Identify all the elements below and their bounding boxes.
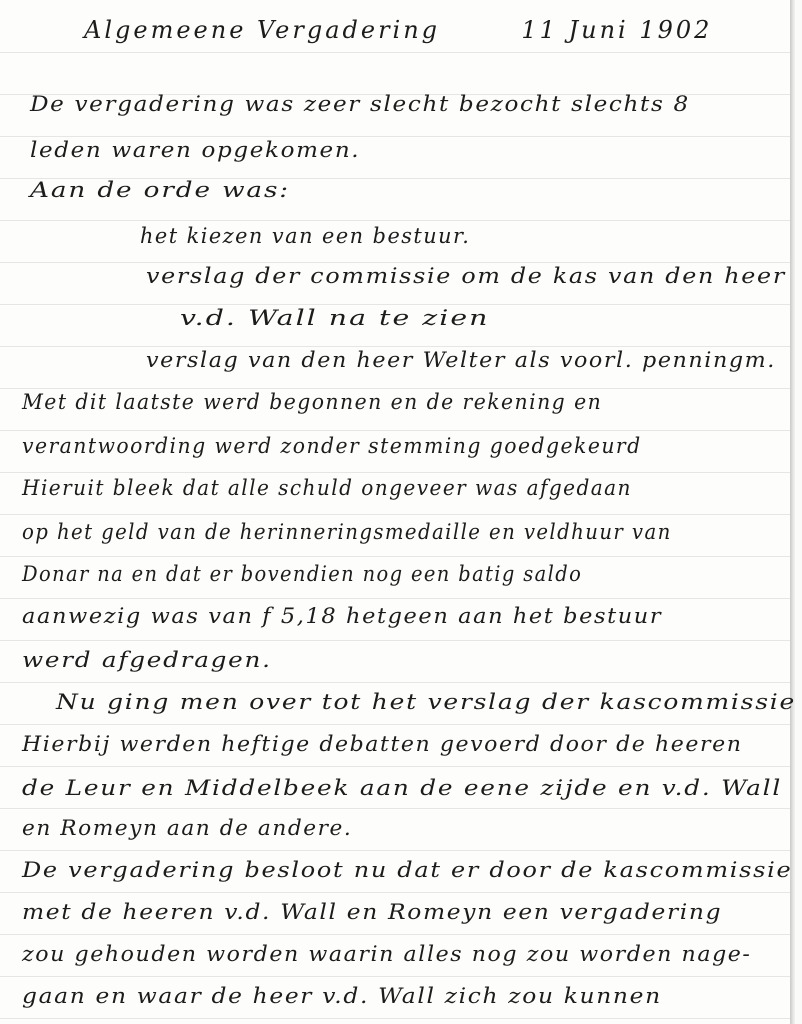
text-line: verantwoording werd zonder stemming goed…: [22, 434, 642, 458]
text-line: leden waren opgekomen.: [30, 138, 360, 162]
text-line: gaan en waar de heer v.d. Wall zich zou …: [22, 984, 662, 1008]
text-line: met de heeren v.d. Wall en Romeyn een ve…: [22, 900, 722, 924]
text-line: Aan de orde was:: [30, 178, 290, 202]
document-title-line: Algemeene Vergadering 11 Juni 1902: [84, 16, 712, 44]
ruled-line: [0, 430, 790, 431]
text-line: de Leur en Middelbeek aan de eene zijde …: [22, 776, 782, 800]
text-line: Hierbij werden heftige debatten gevoerd …: [22, 732, 742, 756]
ruled-line: [0, 472, 790, 473]
ruled-line: [0, 346, 790, 347]
ruled-line: [0, 850, 790, 851]
text-line: op het geld van de herinneringsmedaille …: [22, 520, 672, 544]
ruled-line: [0, 766, 790, 767]
document-title: Algemeene Vergadering: [84, 16, 440, 44]
ruled-line: [0, 808, 790, 809]
agenda-item: het kiezen van een bestuur.: [140, 224, 470, 248]
ruled-line: [0, 598, 790, 599]
text-line: aanwezig was van f 5,18 hetgeen aan het …: [22, 604, 662, 628]
agenda-item: v.d. Wall na te zien: [180, 306, 489, 330]
document-page: Algemeene Vergadering 11 Juni 1902 De ve…: [0, 0, 802, 1024]
text-line: De vergadering was zeer slecht bezocht s…: [30, 92, 690, 116]
text-line: Donar na en dat er bovendien nog een bat…: [22, 562, 582, 586]
text-line: werd afgedragen.: [22, 648, 272, 672]
text-line: Hieruit bleek dat alle schuld ongeveer w…: [22, 476, 632, 500]
text-line: en Romeyn aan de andere.: [22, 816, 352, 840]
ruled-line: [0, 136, 790, 137]
page-outer-margin: [795, 0, 802, 1024]
ruled-line: [0, 976, 790, 977]
document-date: 11 Juni 1902: [521, 16, 712, 44]
ruled-line: [0, 682, 790, 683]
ruled-line: [0, 52, 790, 53]
ruled-line: [0, 892, 790, 893]
ruled-line: [0, 724, 790, 725]
ruled-line: [0, 934, 790, 935]
ruled-line: [0, 304, 790, 305]
ruled-line: [0, 640, 790, 641]
ruled-line: [0, 514, 790, 515]
ruled-line: [0, 220, 790, 221]
text-line: Met dit laatste werd begonnen en de reke…: [22, 390, 602, 414]
agenda-item: verslag der commissie om de kas van den …: [146, 264, 786, 288]
ruled-line: [0, 262, 790, 263]
ruled-line: [0, 1018, 790, 1019]
text-line: De vergadering besloot nu dat er door de…: [22, 858, 792, 882]
text-line: zou gehouden worden waarin alles nog zou…: [22, 942, 751, 966]
text-line: Nu ging men over tot het verslag der kas…: [56, 690, 796, 714]
ruled-line: [0, 388, 790, 389]
ruled-line: [0, 556, 790, 557]
agenda-item: verslag van den heer Welter als voorl. p…: [146, 348, 776, 372]
